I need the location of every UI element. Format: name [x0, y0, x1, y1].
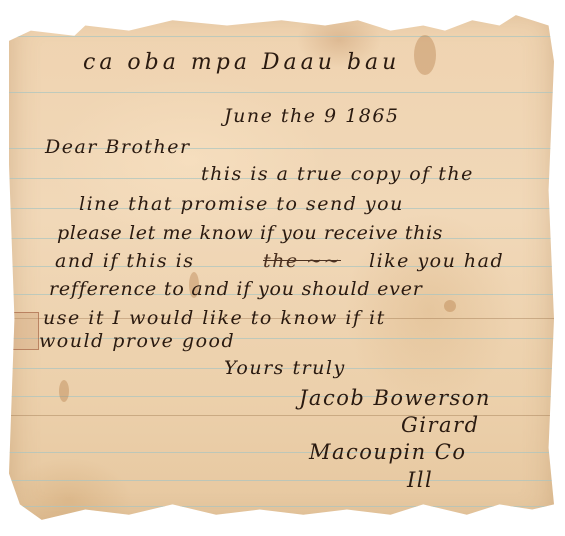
salutation: Dear Brother: [45, 136, 191, 158]
body-line: line that promise to send you: [79, 193, 404, 215]
body-line: use it I would like to know if it: [43, 307, 386, 329]
body-line: would prove good: [39, 330, 235, 352]
stain: [414, 35, 436, 75]
ruled-line: [9, 480, 554, 481]
body-line: like you had: [369, 250, 504, 272]
body-line: and if this is: [55, 250, 194, 272]
header-line: ca oba mpa Daau bau: [83, 50, 400, 75]
paper-patch: [9, 312, 39, 350]
body-line: please let me know if you receive this: [57, 222, 443, 244]
location-town: Girard: [401, 413, 480, 437]
location-county: Macoupin Co: [309, 440, 467, 464]
ruled-line: [9, 36, 554, 37]
struck-text: the ~~: [263, 250, 341, 272]
location-state: Ill: [407, 468, 433, 492]
ruled-line: [9, 506, 554, 507]
ruled-line: [9, 452, 554, 453]
body-line: refference to and if you should ever: [49, 278, 423, 300]
letter-date: June the 9 1865: [224, 105, 400, 127]
body-line: this is a true copy of the: [201, 163, 474, 185]
letter-paper: ca oba mpa Daau bau June the 9 1865 Dear…: [9, 10, 554, 525]
ruled-line: [9, 92, 554, 93]
closing: Yours truly: [224, 357, 346, 379]
stain: [59, 380, 69, 402]
signature: Jacob Bowerson: [299, 386, 491, 410]
stain: [444, 300, 456, 312]
